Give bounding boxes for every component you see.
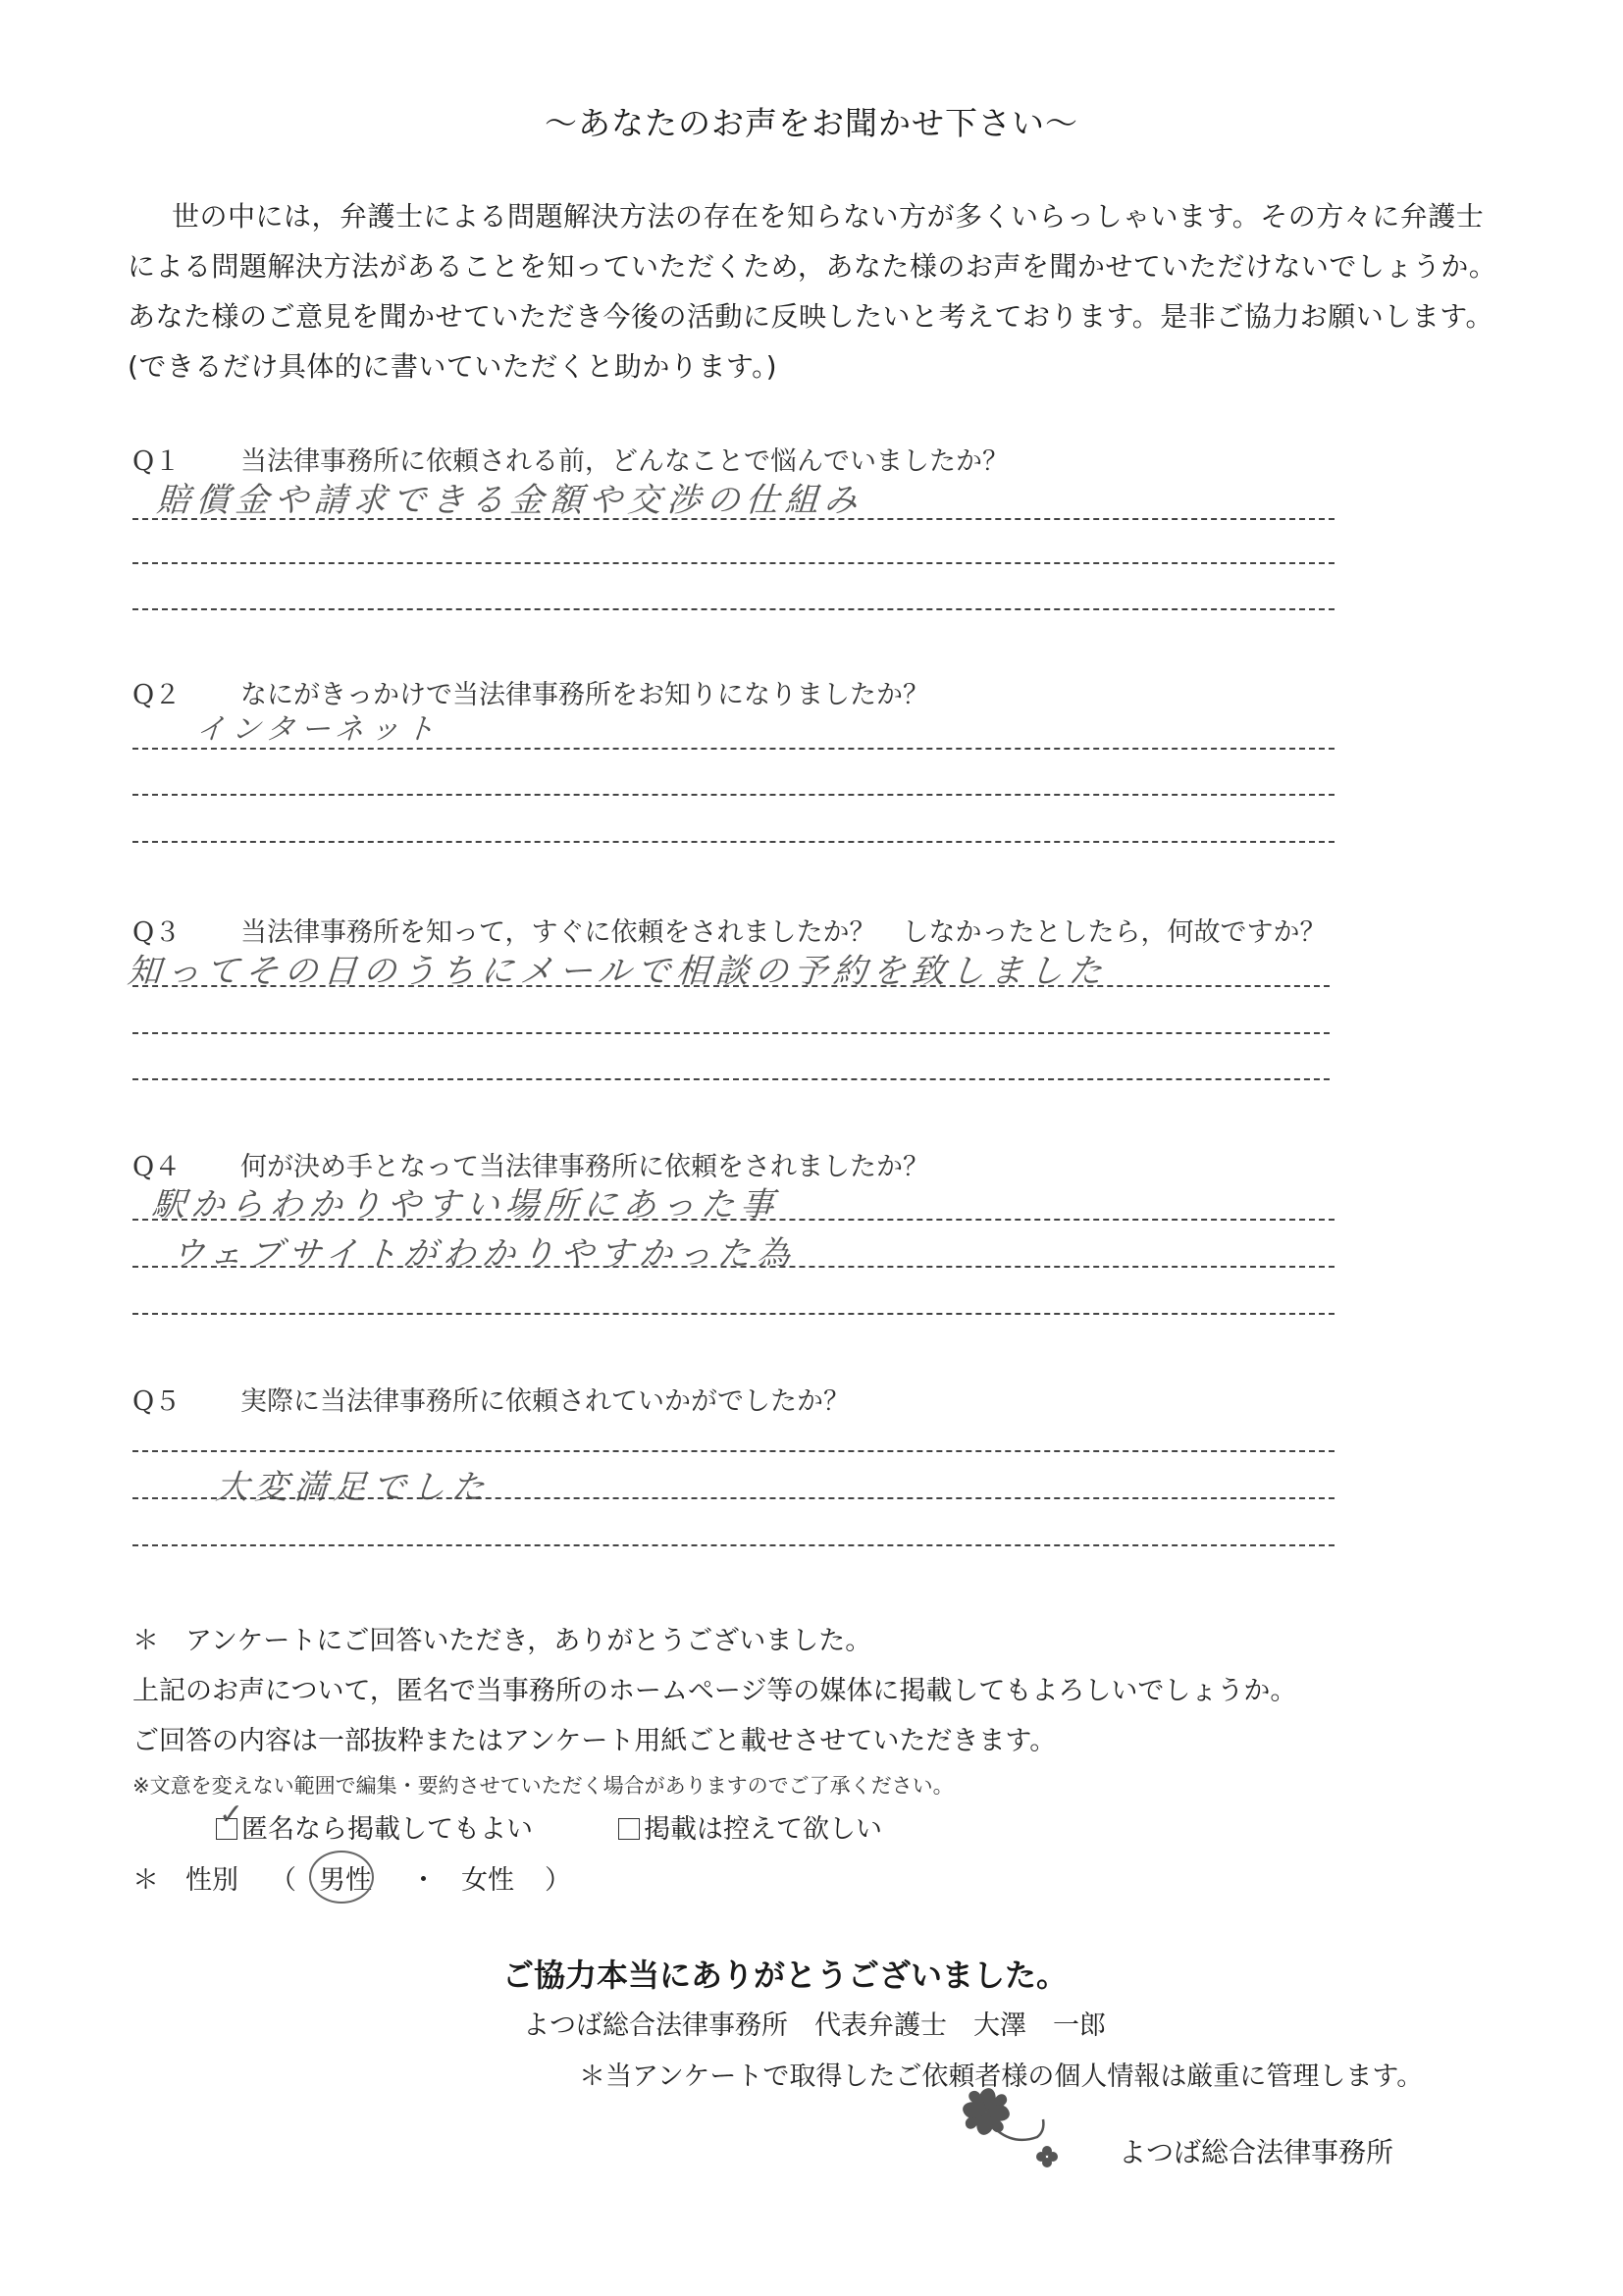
edit-note: ※文意を変えない範囲で編集・要約させていただく場合がありますのでご了承ください。 bbox=[132, 1770, 954, 1800]
checkbox-decline[interactable] bbox=[618, 1818, 640, 1840]
gender-label: ＊ 性別 bbox=[132, 1858, 238, 1897]
answer-line bbox=[132, 1266, 1335, 1268]
answer-1-line-1[interactable]: 賠償金や請求できる金額や交渉の仕組み bbox=[155, 473, 864, 521]
answer-line bbox=[132, 841, 1335, 843]
option-decline-label: 掲載は控えて欲しい bbox=[644, 1814, 882, 1845]
option-anonymous-label: 匿名なら掲載してもよい bbox=[241, 1814, 533, 1845]
answer-line bbox=[132, 1497, 1335, 1499]
answer-line bbox=[132, 1313, 1335, 1315]
selection-circle bbox=[309, 1851, 374, 1904]
gender-close-paren: ） bbox=[545, 1858, 571, 1897]
answer-2-line-1[interactable]: インターネット bbox=[194, 704, 442, 748]
answer-line bbox=[132, 794, 1335, 796]
answer-line bbox=[132, 1450, 1335, 1452]
publish-detail: ご回答の内容は一部抜粋またはアンケート用紙ごと載せさせていただきます。 bbox=[132, 1719, 1056, 1757]
thanks-note: ＊ アンケートにご回答いただき，ありがとうございました。 bbox=[132, 1619, 871, 1657]
question-number: Q５ bbox=[132, 1380, 240, 1418]
question-text: 実際に当法律事務所に依頼されていかがでしたか？ bbox=[240, 1386, 850, 1417]
answer-line bbox=[132, 1544, 1335, 1546]
gender-female[interactable]: 女性 bbox=[461, 1858, 514, 1897]
clover-logo-icon bbox=[957, 2080, 1084, 2178]
gender-separator: ・ bbox=[410, 1858, 437, 1897]
answer-line bbox=[132, 1032, 1330, 1034]
question-5: Q５実際に当法律事務所に依頼されていかがでしたか？ bbox=[132, 1380, 850, 1418]
gender-female-label: 女性 bbox=[461, 1865, 514, 1896]
answer-line bbox=[132, 985, 1330, 987]
answer-line bbox=[132, 608, 1335, 610]
logo-text: よつば総合法律事務所 bbox=[1119, 2131, 1393, 2170]
answer-line bbox=[132, 748, 1335, 750]
intro-paragraph: 世の中には，弁護士による問題解決方法の存在を知らない方が多くいらっしゃいます。そ… bbox=[128, 191, 1501, 391]
answer-line bbox=[132, 518, 1335, 520]
option-decline[interactable]: 掲載は控えて欲しい bbox=[618, 1807, 882, 1846]
checkbox-anonymous[interactable]: ✓ bbox=[216, 1818, 237, 1840]
answer-5-line-1[interactable]: 大変満足でした bbox=[214, 1460, 492, 1508]
gender-open-paren: （ bbox=[270, 1858, 296, 1897]
answer-line bbox=[132, 1078, 1330, 1080]
closing-thanks: ご協力本当にありがとうございました。 bbox=[502, 1951, 1068, 1996]
publish-question: 上記のお声について，匿名で当事務所のホームページ等の媒体に掲載してもよろしいでし… bbox=[132, 1669, 1296, 1707]
option-anonymous[interactable]: ✓ 匿名なら掲載してもよい bbox=[216, 1807, 533, 1846]
answer-line bbox=[132, 562, 1335, 564]
signature: よつば総合法律事務所 代表弁護士 大澤 一郎 bbox=[523, 2004, 1106, 2042]
answer-line bbox=[132, 1219, 1335, 1221]
page-title: ～あなたのお声をお聞かせ下さい～ bbox=[0, 98, 1623, 144]
checkmark-icon: ✓ bbox=[219, 1798, 243, 1832]
gender-male[interactable]: 男性 bbox=[319, 1858, 372, 1897]
